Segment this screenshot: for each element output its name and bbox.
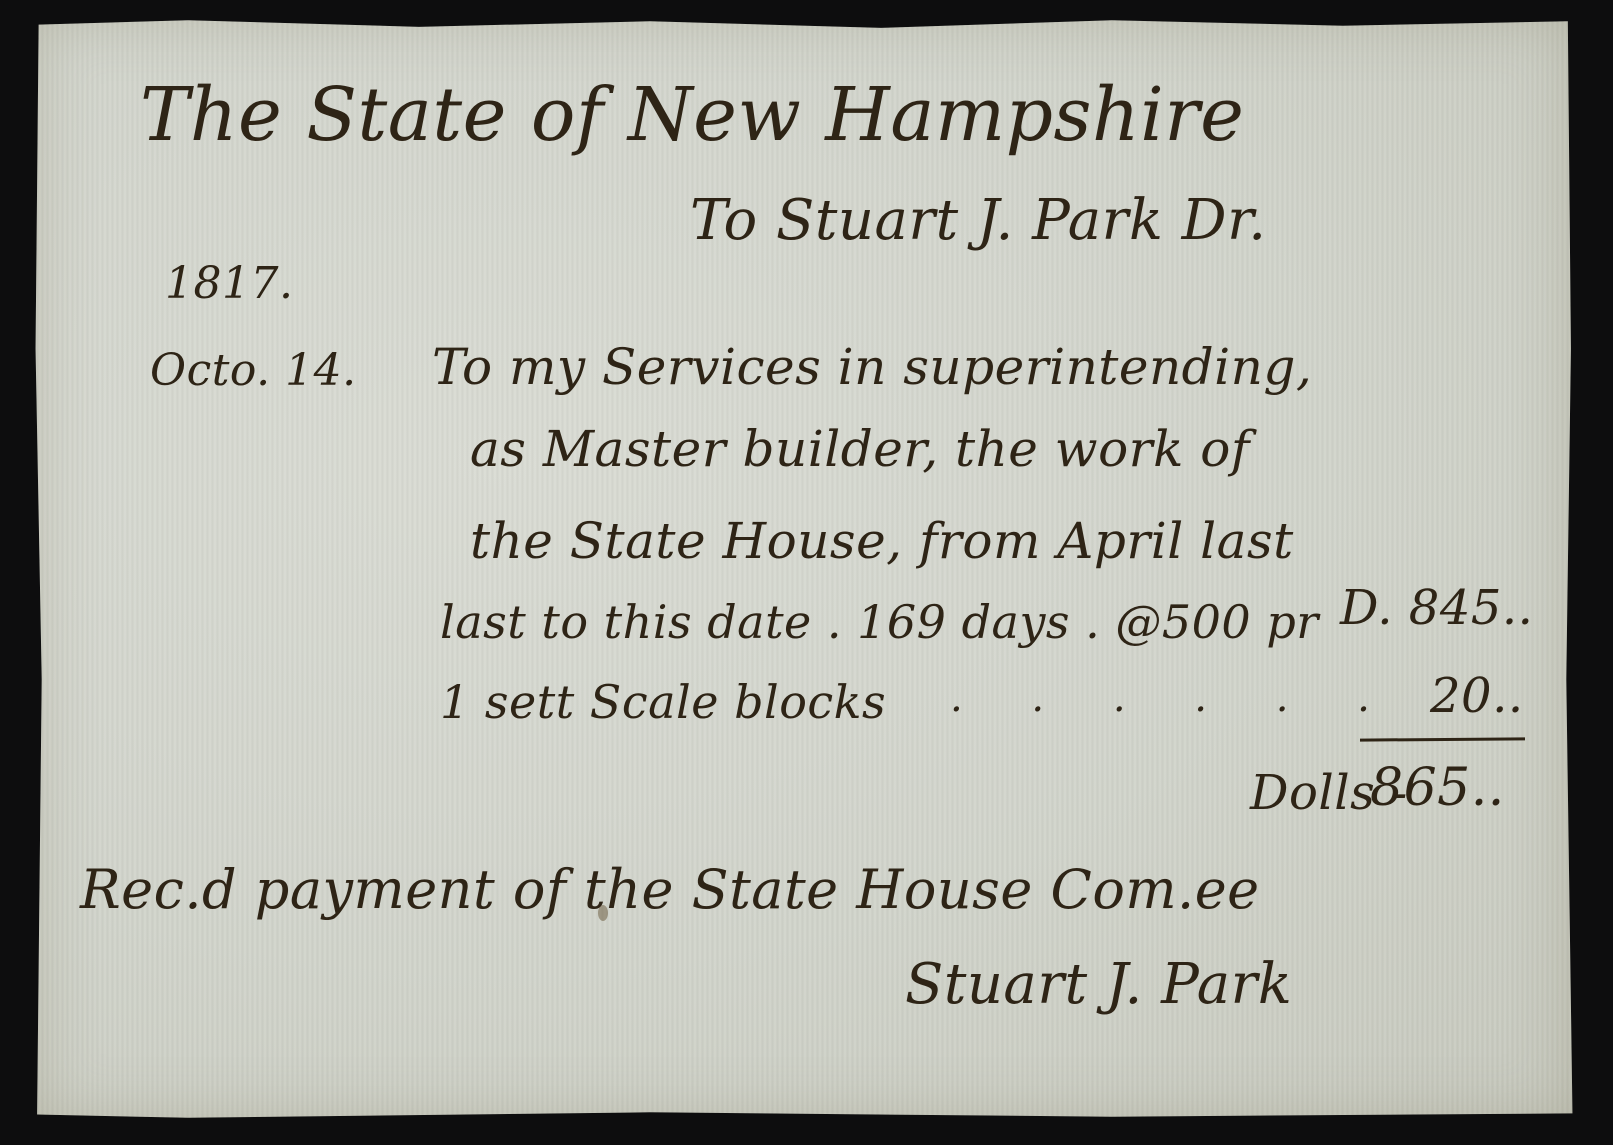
entry-year: 1817. bbox=[165, 258, 293, 309]
addressee-line: To Stuart J. Park Dr. bbox=[690, 188, 1267, 253]
receipt-line: Rec.d payment of the State House Com.ee bbox=[80, 858, 1260, 921]
entry-description-line-2: as Master builder, the work of bbox=[470, 420, 1250, 478]
entry-description-line-3: the State House, from April last bbox=[470, 512, 1294, 570]
ink-stain bbox=[598, 905, 608, 921]
signature: Stuart J. Park bbox=[905, 952, 1292, 1017]
entry-description-scale-blocks: 1 sett Scale blocks bbox=[440, 675, 886, 729]
entry-description-line-1: To my Services in superintending, bbox=[432, 338, 1312, 396]
entry-date: Octo. 14. bbox=[150, 345, 357, 396]
leader-dots: . . . . . . bbox=[950, 675, 1398, 721]
document-scan-frame: The State of New Hampshire To Stuart J. … bbox=[0, 0, 1613, 1145]
entry-amount-services: D. 845.. bbox=[1340, 580, 1533, 636]
document-heading: The State of New Hampshire bbox=[140, 72, 1244, 158]
entry-description-line-4: last to this date . 169 days . @500 pr bbox=[440, 595, 1319, 649]
total-value: 865.. bbox=[1370, 758, 1505, 818]
entry-amount-scale-blocks: 20.. bbox=[1430, 668, 1524, 724]
